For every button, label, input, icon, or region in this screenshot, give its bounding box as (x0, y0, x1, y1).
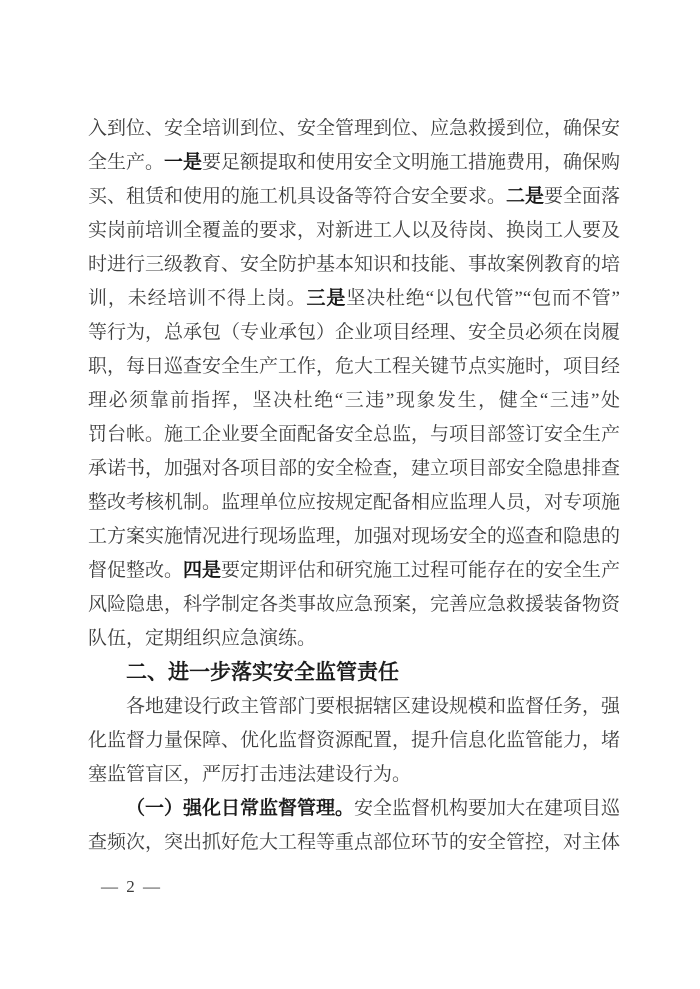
text-run: 化监督力量保障、优化监督资源配置，提升信息化监管能力，堵 (88, 730, 620, 751)
text-run: 入到位、安全培训到位、安全管理到位、应急救援到位，确保安 (88, 118, 620, 139)
text-line: 督促整改。四是要定期评估和研究施工过程可能存在的安全生产 (88, 554, 620, 588)
text-run: 工方案实施情况进行现场监理，加强对现场安全的巡查和隐患的 (88, 526, 620, 547)
text-run: 训，未经培训不得上岗。 (88, 288, 306, 309)
text-block: 入到位、安全培训到位、安全管理到位、应急救援到位，确保安全生产。一是要足额提取和… (88, 112, 620, 860)
text-run: 整改考核机制。监理单位应按规定配备相应监理人员，对专项施 (88, 492, 620, 513)
text-run: 安全监督机构要加大在建项目巡 (354, 798, 620, 819)
emphasis-run: （一）强化日常监督管理。 (126, 798, 354, 819)
text-line: 队伍，定期组织应急演练。 (88, 622, 620, 656)
text-run: 要足额提取和使用安全文明施工措施费用，确保购 (202, 152, 620, 173)
text-run: 坚决杜绝“以包代管”“包而不管” (346, 288, 620, 309)
text-line: 买、租赁和使用的施工机具设备等符合安全要求。二是要全面落 (88, 180, 620, 214)
text-run: 要定期评估和研究施工过程可能存在的安全生产 (221, 560, 620, 581)
text-run: 查频次，突出抓好危大工程等重点部位环节的安全管控，对主体 (88, 832, 620, 853)
text-line: 承诺书，加强对各项目部的安全检查，建立项目部安全隐患排查 (88, 452, 620, 486)
text-run: 实岗前培训全覆盖的要求，对新进工人以及待岗、换岗工人要及 (88, 220, 620, 241)
text-run: 全生产。 (88, 152, 164, 173)
emphasis-run: 二是 (506, 186, 544, 207)
text-run: 风险隐患，科学制定各类事故应急预案，完善应急救援装备物资、 (88, 594, 620, 615)
text-run: 罚台帐。施工企业要全面配备安全总监，与项目部签订安全生产 (88, 424, 620, 445)
text-run: 买、租赁和使用的施工机具设备等符合安全要求。 (88, 186, 506, 207)
text-run: 时进行三级教育、安全防护基本知识和技能、事故案例教育的培 (88, 254, 620, 275)
text-run: 要全面落 (544, 186, 620, 207)
text-run: 理必须靠前指挥，坚决杜绝“三违”现象发生，健全“三违”处 (88, 390, 620, 411)
text-line: 实岗前培训全覆盖的要求，对新进工人以及待岗、换岗工人要及 (88, 214, 620, 248)
document-page: 入到位、安全培训到位、安全管理到位、应急救援到位，确保安全生产。一是要足额提取和… (0, 0, 700, 989)
section-heading: 二、进一步落实安全监管责任 (88, 656, 620, 690)
text-run: 职，每日巡查安全生产工作，危大工程关键节点实施时，项目经 (88, 356, 620, 377)
emphasis-run: 三是 (306, 288, 346, 309)
text-line: （一）强化日常监督管理。安全监督机构要加大在建项目巡 (88, 792, 620, 826)
text-line: 理必须靠前指挥，坚决杜绝“三违”现象发生，健全“三违”处 (88, 384, 620, 418)
text-line: 入到位、安全培训到位、安全管理到位、应急救援到位，确保安 (88, 112, 620, 146)
emphasis-run: 四是 (183, 560, 221, 581)
text-run: 督促整改。 (88, 560, 183, 581)
text-line: 化监督力量保障、优化监督资源配置，提升信息化监管能力，堵 (88, 724, 620, 758)
text-line: 时进行三级教育、安全防护基本知识和技能、事故案例教育的培 (88, 248, 620, 282)
page-number: — 2 — (101, 877, 162, 897)
text-line: 训，未经培训不得上岗。三是坚决杜绝“以包代管”“包而不管” (88, 282, 620, 316)
text-line: 风险隐患，科学制定各类事故应急预案，完善应急救援装备物资、 (88, 588, 620, 622)
text-run: 承诺书，加强对各项目部的安全检查，建立项目部安全隐患排查 (88, 458, 620, 479)
text-line: 全生产。一是要足额提取和使用安全文明施工措施费用，确保购 (88, 146, 620, 180)
text-line: 整改考核机制。监理单位应按规定配备相应监理人员，对专项施 (88, 486, 620, 520)
text-line: 职，每日巡查安全生产工作，危大工程关键节点实施时，项目经 (88, 350, 620, 384)
text-run: 各地建设行政主管部门要根据辖区建设规模和监督任务，强 (126, 696, 620, 717)
text-run: 塞监管盲区，严厉打击违法建设行为。 (88, 764, 411, 785)
text-run: 等行为，总承包（专业承包）企业项目经理、安全员必须在岗履 (88, 322, 620, 343)
text-line: 工方案实施情况进行现场监理，加强对现场安全的巡查和隐患的 (88, 520, 620, 554)
emphasis-run: 一是 (164, 152, 202, 173)
text-line: 塞监管盲区，严厉打击违法建设行为。 (88, 758, 620, 792)
text-line: 等行为，总承包（专业承包）企业项目经理、安全员必须在岗履 (88, 316, 620, 350)
text-run: 队伍，定期组织应急演练。 (88, 628, 316, 649)
text-line: 罚台帐。施工企业要全面配备安全总监，与项目部签订安全生产 (88, 418, 620, 452)
text-line: 各地建设行政主管部门要根据辖区建设规模和监督任务，强 (88, 690, 620, 724)
text-line: 查频次，突出抓好危大工程等重点部位环节的安全管控，对主体 (88, 826, 620, 860)
